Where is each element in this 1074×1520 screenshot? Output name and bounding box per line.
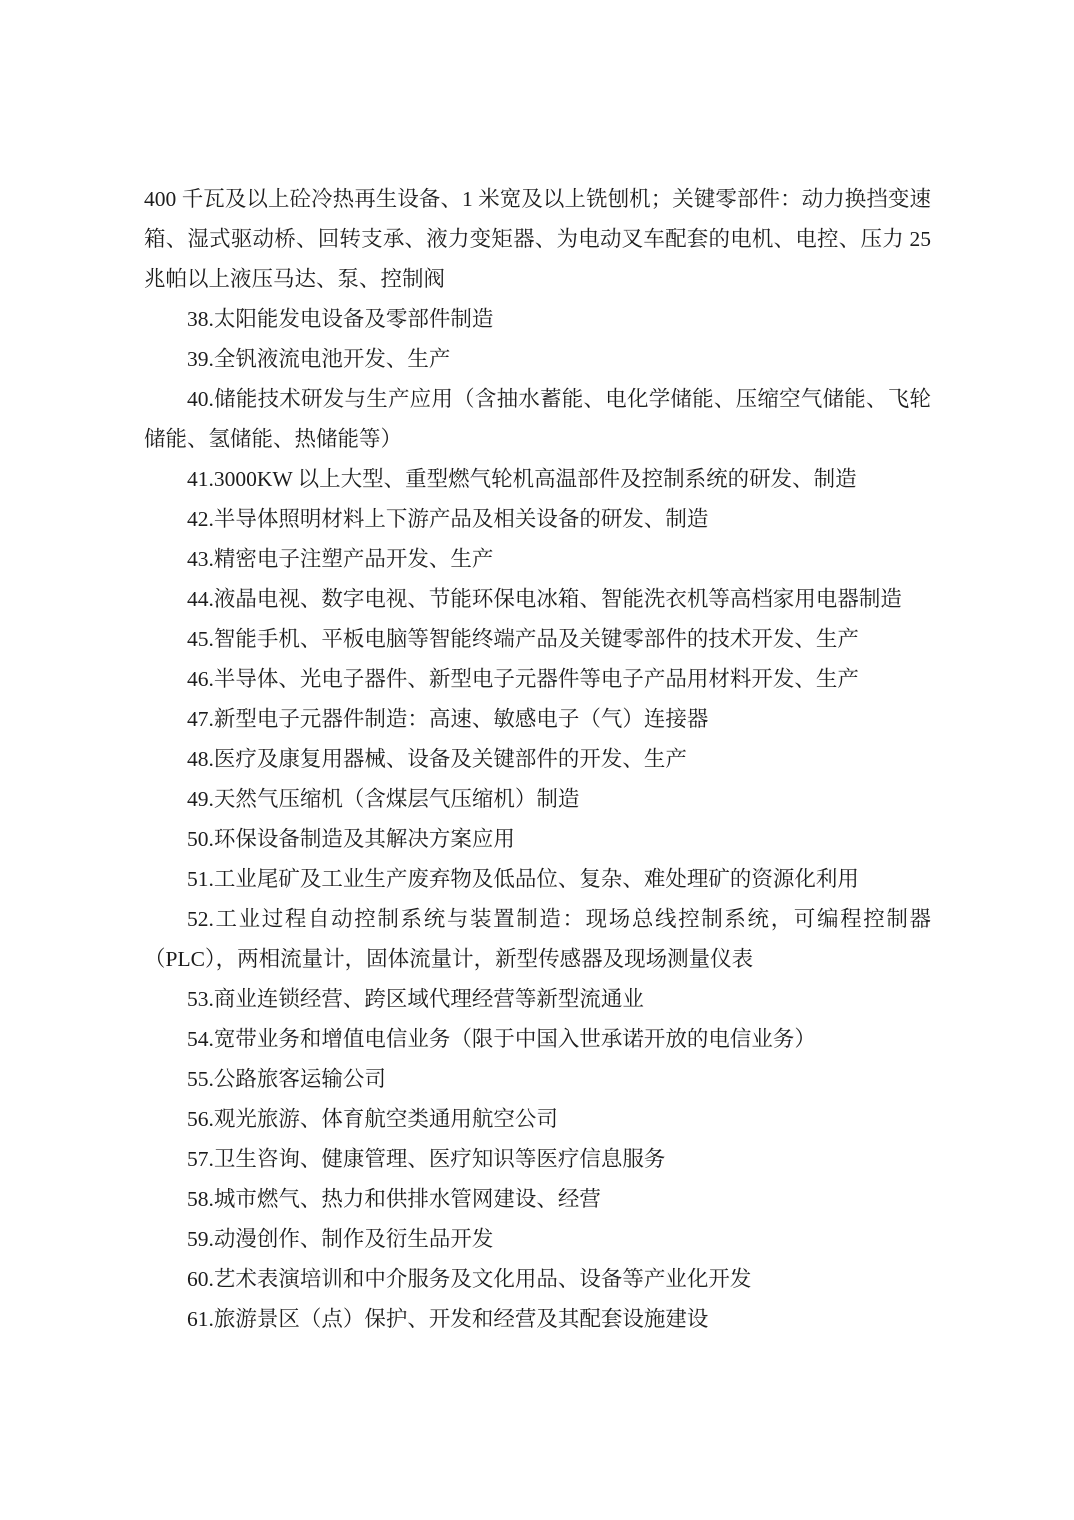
list-item: 55.公路旅客运输公司 [144,1059,931,1099]
list-item: 58.城市燃气、热力和供排水管网建设、经营 [144,1179,931,1219]
item-text: 工业尾矿及工业生产废弃物及低品位、复杂、难处理矿的资源化利用 [214,867,859,891]
item-text: 太阳能发电设备及零部件制造 [214,307,494,331]
item-text: 半导体、光电子器件、新型电子元器件等电子产品用材料开发、生产 [214,667,859,691]
item-text: 卫生咨询、健康管理、医疗知识等医疗信息服务 [214,1147,666,1171]
list-item: 51.工业尾矿及工业生产废弃物及低品位、复杂、难处理矿的资源化利用 [144,859,931,899]
list-item: 38.太阳能发电设备及零部件制造 [144,299,931,339]
item-text: 城市燃气、热力和供排水管网建设、经营 [214,1187,601,1211]
item-number: 61. [187,1307,214,1331]
item-text: 新型电子元器件制造：高速、敏感电子（气）连接器 [214,707,709,731]
item-text: 动漫创作、制作及衍生品开发 [214,1227,494,1251]
item-number: 52. [187,907,214,931]
list-item: 45.智能手机、平板电脑等智能终端产品及关键零部件的技术开发、生产 [144,619,931,659]
list-item: 48.医疗及康复用器械、设备及关键部件的开发、生产 [144,739,931,779]
item-text: 液晶电视、数字电视、节能环保电冰箱、智能洗衣机等高档家用电器制造 [214,587,902,611]
item-number: 59. [187,1227,214,1251]
list-item: 40.储能技术研发与生产应用（含抽水蓄能、电化学储能、压缩空气储能、飞轮储能、氢… [144,379,931,459]
item-number: 49. [187,787,214,811]
item-number: 60. [187,1267,214,1291]
list-item: 46.半导体、光电子器件、新型电子元器件等电子产品用材料开发、生产 [144,659,931,699]
item-number: 42. [187,507,214,531]
item-number: 40. [187,387,214,411]
document-page: 400 千瓦及以上砼冷热再生设备、1 米宽及以上铣刨机；关键零部件：动力换挡变速… [0,0,1074,1520]
item-number: 41. [187,467,214,491]
list-item: 53.商业连锁经营、跨区域代理经营等新型流通业 [144,979,931,1019]
item-text: 艺术表演培训和中介服务及文化用品、设备等产业化开发 [214,1267,752,1291]
item-text: 储能技术研发与生产应用（含抽水蓄能、电化学储能、压缩空气储能、飞轮储能、氢储能、… [144,387,931,451]
item-number: 46. [187,667,214,691]
item-text: 公路旅客运输公司 [214,1067,386,1091]
list-item: 52.工业过程自动控制系统与装置制造：现场总线控制系统，可编程控制器（PLC），… [144,899,931,979]
item-text: 宽带业务和增值电信业务（限于中国入世承诺开放的电信业务） [214,1027,816,1051]
item-number: 56. [187,1107,214,1131]
list-item: 60.艺术表演培训和中介服务及文化用品、设备等产业化开发 [144,1259,931,1299]
item-number: 57. [187,1147,214,1171]
list-item: 59.动漫创作、制作及衍生品开发 [144,1219,931,1259]
paragraph-continuation: 400 千瓦及以上砼冷热再生设备、1 米宽及以上铣刨机；关键零部件：动力换挡变速… [144,179,931,299]
item-number: 44. [187,587,214,611]
item-text: 旅游景区（点）保护、开发和经营及其配套设施建设 [214,1307,709,1331]
list-item: 57.卫生咨询、健康管理、医疗知识等医疗信息服务 [144,1139,931,1179]
item-number: 50. [187,827,214,851]
item-text: 智能手机、平板电脑等智能终端产品及关键零部件的技术开发、生产 [214,627,859,651]
item-text: 天然气压缩机（含煤层气压缩机）制造 [214,787,580,811]
item-text: 观光旅游、体育航空类通用航空公司 [214,1107,558,1131]
list-item: 56.观光旅游、体育航空类通用航空公司 [144,1099,931,1139]
item-number: 43. [187,547,214,571]
item-number: 39. [187,347,214,371]
item-number: 58. [187,1187,214,1211]
item-text: 工业过程自动控制系统与装置制造：现场总线控制系统，可编程控制器（PLC），两相流… [144,907,931,971]
list-item: 47.新型电子元器件制造：高速、敏感电子（气）连接器 [144,699,931,739]
item-text: 商业连锁经营、跨区域代理经营等新型流通业 [214,987,644,1011]
item-number: 38. [187,307,214,331]
list-item: 44.液晶电视、数字电视、节能环保电冰箱、智能洗衣机等高档家用电器制造 [144,579,931,619]
item-text: 医疗及康复用器械、设备及关键部件的开发、生产 [214,747,687,771]
numbered-list: 38.太阳能发电设备及零部件制造 39.全钒液流电池开发、生产 40.储能技术研… [144,299,931,1339]
item-text: 半导体照明材料上下游产品及相关设备的研发、制造 [214,507,709,531]
item-text: 3000KW 以上大型、重型燃气轮机高温部件及控制系统的研发、制造 [214,467,857,491]
item-number: 54. [187,1027,214,1051]
item-number: 55. [187,1067,214,1091]
item-number: 47. [187,707,214,731]
item-text: 精密电子注塑产品开发、生产 [214,547,494,571]
item-number: 53. [187,987,214,1011]
item-text: 全钒液流电池开发、生产 [214,347,451,371]
list-item: 50.环保设备制造及其解决方案应用 [144,819,931,859]
item-number: 48. [187,747,214,771]
item-number: 45. [187,627,214,651]
list-item: 41.3000KW 以上大型、重型燃气轮机高温部件及控制系统的研发、制造 [144,459,931,499]
list-item: 42.半导体照明材料上下游产品及相关设备的研发、制造 [144,499,931,539]
item-number: 51. [187,867,214,891]
list-item: 39.全钒液流电池开发、生产 [144,339,931,379]
list-item: 49.天然气压缩机（含煤层气压缩机）制造 [144,779,931,819]
list-item: 43.精密电子注塑产品开发、生产 [144,539,931,579]
list-item: 61.旅游景区（点）保护、开发和经营及其配套设施建设 [144,1299,931,1339]
item-text: 环保设备制造及其解决方案应用 [214,827,515,851]
list-item: 54.宽带业务和增值电信业务（限于中国入世承诺开放的电信业务） [144,1019,931,1059]
